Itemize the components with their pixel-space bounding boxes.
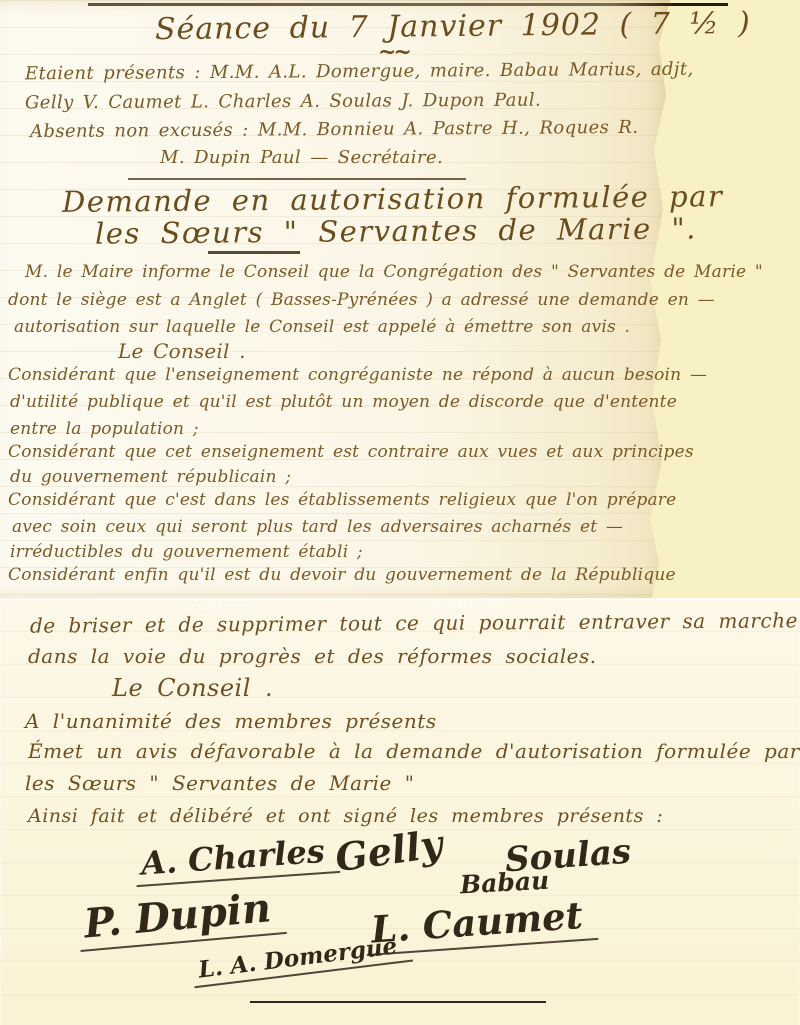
heading-overline [128,178,466,180]
le-conseil-line: Le Conseil . [118,340,246,362]
heading-underline [208,251,300,254]
body-line: du gouvernement républicain ; [10,468,291,487]
body-line: Émet un avis défavorable à la demande d'… [28,740,800,762]
heading-line-2: les Sœurs " Servantes de Marie ". [95,213,697,250]
le-conseil-line: Le Conseil . [112,675,273,701]
body-line: Considérant enfin qu'il est du devoir du… [8,566,676,585]
body-line: Considérant que c'est dans les établisse… [8,491,676,510]
body-line: dans la voie du progrès et des réformes … [28,645,597,667]
attendance-line-3: Absents non excusés : M.M. Bonnieu A. Pa… [30,118,639,142]
body-line: Considérant que l'enseignement congrégan… [8,366,707,385]
session-title: Séance du 7 Janvier 1902 ( 7 ½ ) [155,7,751,46]
closing-line: Ainsi fait et délibéré et ont signé les … [28,806,663,827]
secretary-line: M. Dupin Paul — Secrétaire. [160,148,443,168]
body-line: irréductibles du gouvernement établi ; [10,543,363,562]
signature-babau: Babau [459,866,550,900]
body-line: autorisation sur laquelle le Conseil est… [14,318,630,337]
manuscript-scan: Séance du 7 Janvier 1902 ( 7 ½ ) ~~ Etai… [0,0,800,1025]
attendance-line-2: Gelly V. Caumet L. Charles A. Soulas J. … [25,91,541,113]
body-line: de briser et de supprimer tout ce qui po… [30,609,798,636]
body-line: M. le Maire informe le Conseil que la Co… [25,263,763,282]
archives-watermark: archives [180,598,257,613]
body-line: Considérant que cet enseignement est con… [8,443,694,462]
body-line: entre la population ; [10,420,199,439]
body-line: les Sœurs " Servantes de Marie " [25,772,414,794]
top-rule-line [88,3,728,6]
bottom-rule-line [250,1001,546,1003]
body-line: avec soin ceux qui seront plus tard les … [12,518,623,537]
body-line: d'utilité publique et qu'il est plutôt u… [10,393,677,412]
body-line: dont le siège est a Anglet ( Basses-Pyré… [8,291,715,310]
body-line: A l'unanimité des membres présents [25,710,437,732]
